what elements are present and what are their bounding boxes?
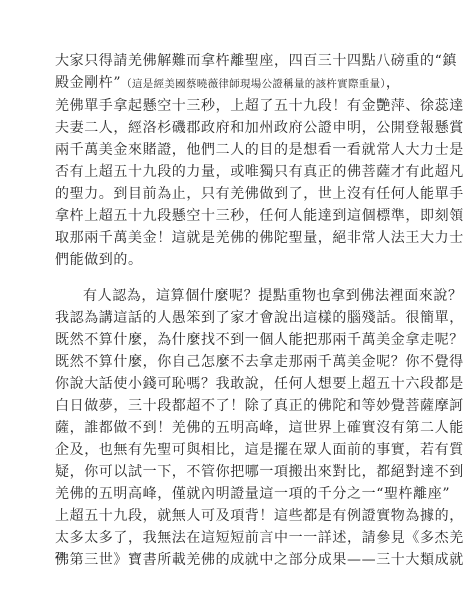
text-line: 羌佛單手拿起懸空十三秒，上超了五十九段！有金艷萍、徐蕊達 (55, 95, 397, 117)
text-line: 們能做到的。 (55, 249, 397, 271)
text-line: 企及，也無有先聖可與相比，這是擺在眾人面前的事實，若有質 (55, 439, 397, 461)
text-line: 疑，你可以試一下，不管你把哪一項搬出來對比，都絕對達不到 (55, 461, 397, 483)
parenthetical-note: （這是經美國蔡曉薇律師現場公證稱量的該杵實際重量） (121, 78, 386, 90)
text-line: 白日做夢，三十段都超不了！除了真正的佛陀和等妙覺菩薩摩訶 (55, 395, 397, 417)
text-line: 有人認為，這算個什麼呢？提點重物也拿到佛法裡面來說？ (55, 285, 397, 307)
text-line: 殿金剛杵”（這是經美國蔡曉薇律師現場公證稱量的該杵實際重量）， (55, 72, 397, 95)
text-segment: ， (386, 75, 401, 91)
document-page: 大家只得請羌佛解難而拿杵離聖座，四百三十四點八磅重的“鎮 殿金剛杵”（這是經美國… (0, 0, 464, 600)
text-line: 既然不算什麼，你自己怎麼不去拿走那兩千萬美金呢？你不覺得 (55, 351, 397, 373)
text-line: 你說大話使小錢可恥嗎？我敢說，任何人想要上超五十六段都是 (55, 373, 397, 395)
text-line: 大家只得請羌佛解難而拿杵離聖座，四百三十四點八磅重的“鎮 (55, 50, 397, 72)
text-line: 佛第三世》寶書所載羌佛的成就中之部分成果——三十大類成就。 (55, 549, 397, 571)
text-line: 取那兩千萬美金！這就是羌佛的佛陀聖量，絕非常人法王大力士 (55, 227, 397, 249)
text-line: 薩，誰都做不到！羌佛的五明高峰，這世界上確實沒有第二人能 (55, 417, 397, 439)
text-segment: 殿金剛杵” (55, 75, 121, 91)
text-line: 兩千萬美金來賭證，他們二人的目的是想看一看就常人大力士是 (55, 139, 397, 161)
text-line: 拿杵上超五十九段懸空十三秒，任何人能達到這個標準，即刻領 (55, 205, 397, 227)
text-line: 否有上超五十九段的力量，或唯獨只有真正的佛菩薩才有此超凡 (55, 161, 397, 183)
text-line: 羌佛的五明高峰，僅就內明證量這一項的千分之一“聖杵離座” (55, 483, 397, 505)
page-number: 28 (55, 551, 64, 560)
text-line: 上超五十九段，就無人可及項背！這些都是有例證實物為據的， (55, 505, 397, 527)
body-text: 大家只得請羌佛解難而拿杵離聖座，四百三十四點八磅重的“鎮 殿金剛杵”（這是經美國… (55, 50, 397, 571)
text-line: 太多太多了，我無法在這短短前言中一一詳述，請參見《多杰羌 (55, 527, 397, 549)
text-line: 夫妻二人，經洛杉磯郡政府和加州政府公證申明，公開登報懸賞 (55, 117, 397, 139)
paragraph-1: 大家只得請羌佛解難而拿杵離聖座，四百三十四點八磅重的“鎮 殿金剛杵”（這是經美國… (55, 50, 397, 271)
text-line: 既然不算什麼，為什麼找不到一個人能把那兩千萬美金拿走呢？ (55, 329, 397, 351)
paragraph-2: 有人認為，這算個什麼呢？提點重物也拿到佛法裡面來說？ 我認為講這話的人愚笨到了家… (55, 285, 397, 571)
text-line: 我認為講這話的人愚笨到了家才會說出這樣的腦殘話。很簡單， (55, 307, 397, 329)
text-line: 的聖力。到目前為止，只有羌佛做到了，世上沒有任何人能單手 (55, 183, 397, 205)
